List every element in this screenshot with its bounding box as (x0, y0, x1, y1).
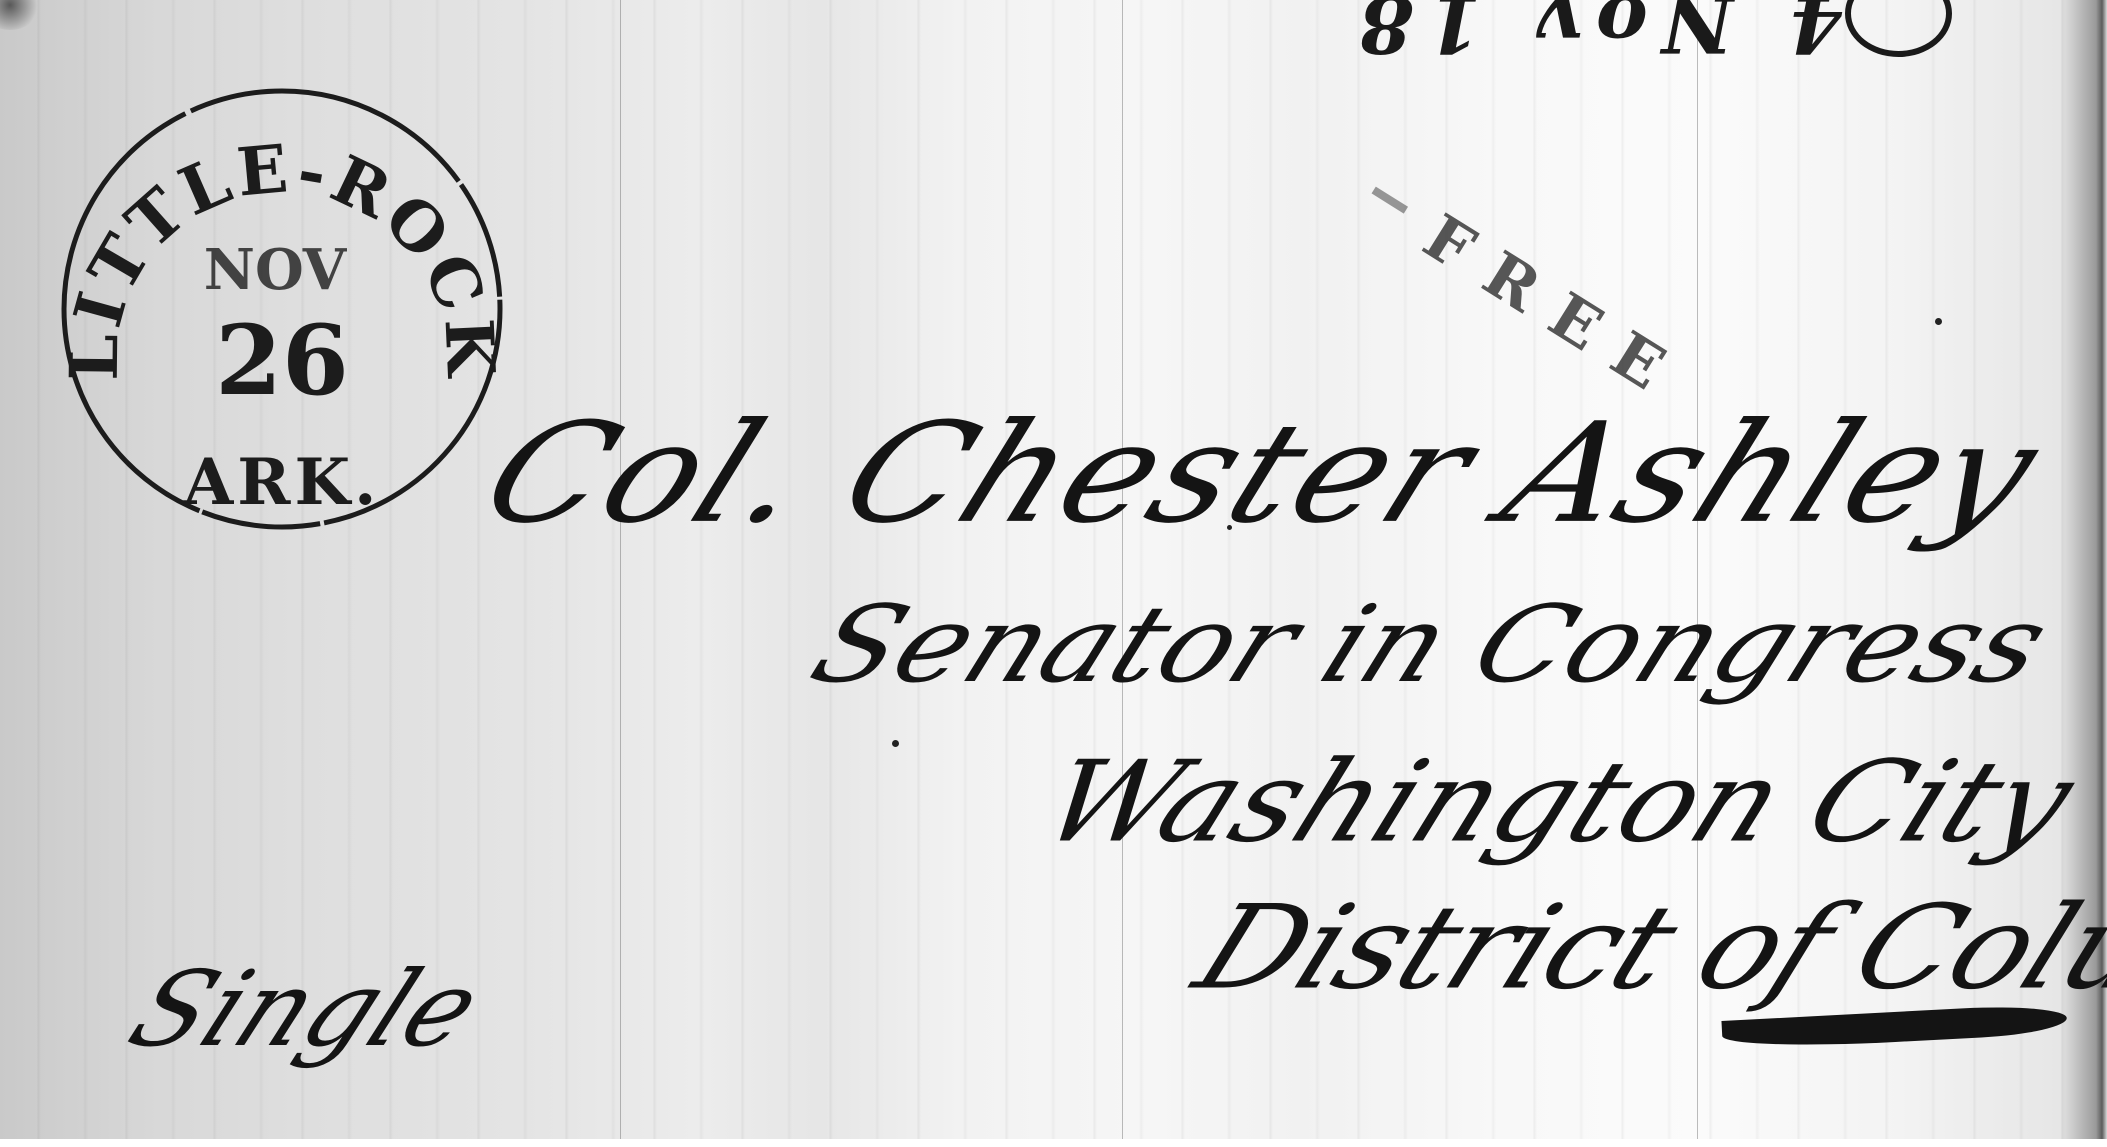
scan-bottom-edge (0, 1139, 2107, 1147)
letter-cover: 4 Nov 18 LITTLE-ROCK ARK. NOV 26 FREE Co… (0, 0, 2107, 1147)
address-line-city: Washington City (1025, 736, 2092, 867)
postmark-day: 26 (215, 304, 349, 417)
fold-line (620, 0, 621, 1147)
rate-notation: Single (112, 948, 499, 1070)
postmark-state: ARK. (183, 445, 381, 520)
address-line-title: Senator in Congress (795, 582, 2066, 706)
free-frank-stamp: FREE (1411, 200, 1699, 418)
ink-speck (1227, 525, 1232, 530)
docket-notation: 4 Nov 18 (1345, 0, 1843, 69)
address-line-name: Col. Chester Ashley (462, 394, 2062, 554)
corner-smudge (0, 0, 40, 30)
ink-speck (892, 740, 899, 747)
postmark: LITTLE-ROCK ARK. NOV 26 (57, 84, 507, 534)
docket-circle-mark (1845, 0, 1952, 57)
postmark-circle-icon: LITTLE-ROCK ARK. NOV 26 (57, 84, 507, 534)
ink-speck (1935, 318, 1942, 325)
address-line-district: District of Columbia (1178, 880, 2107, 1015)
postmark-month: NOV (204, 237, 348, 303)
fold-line (1122, 0, 1123, 1147)
